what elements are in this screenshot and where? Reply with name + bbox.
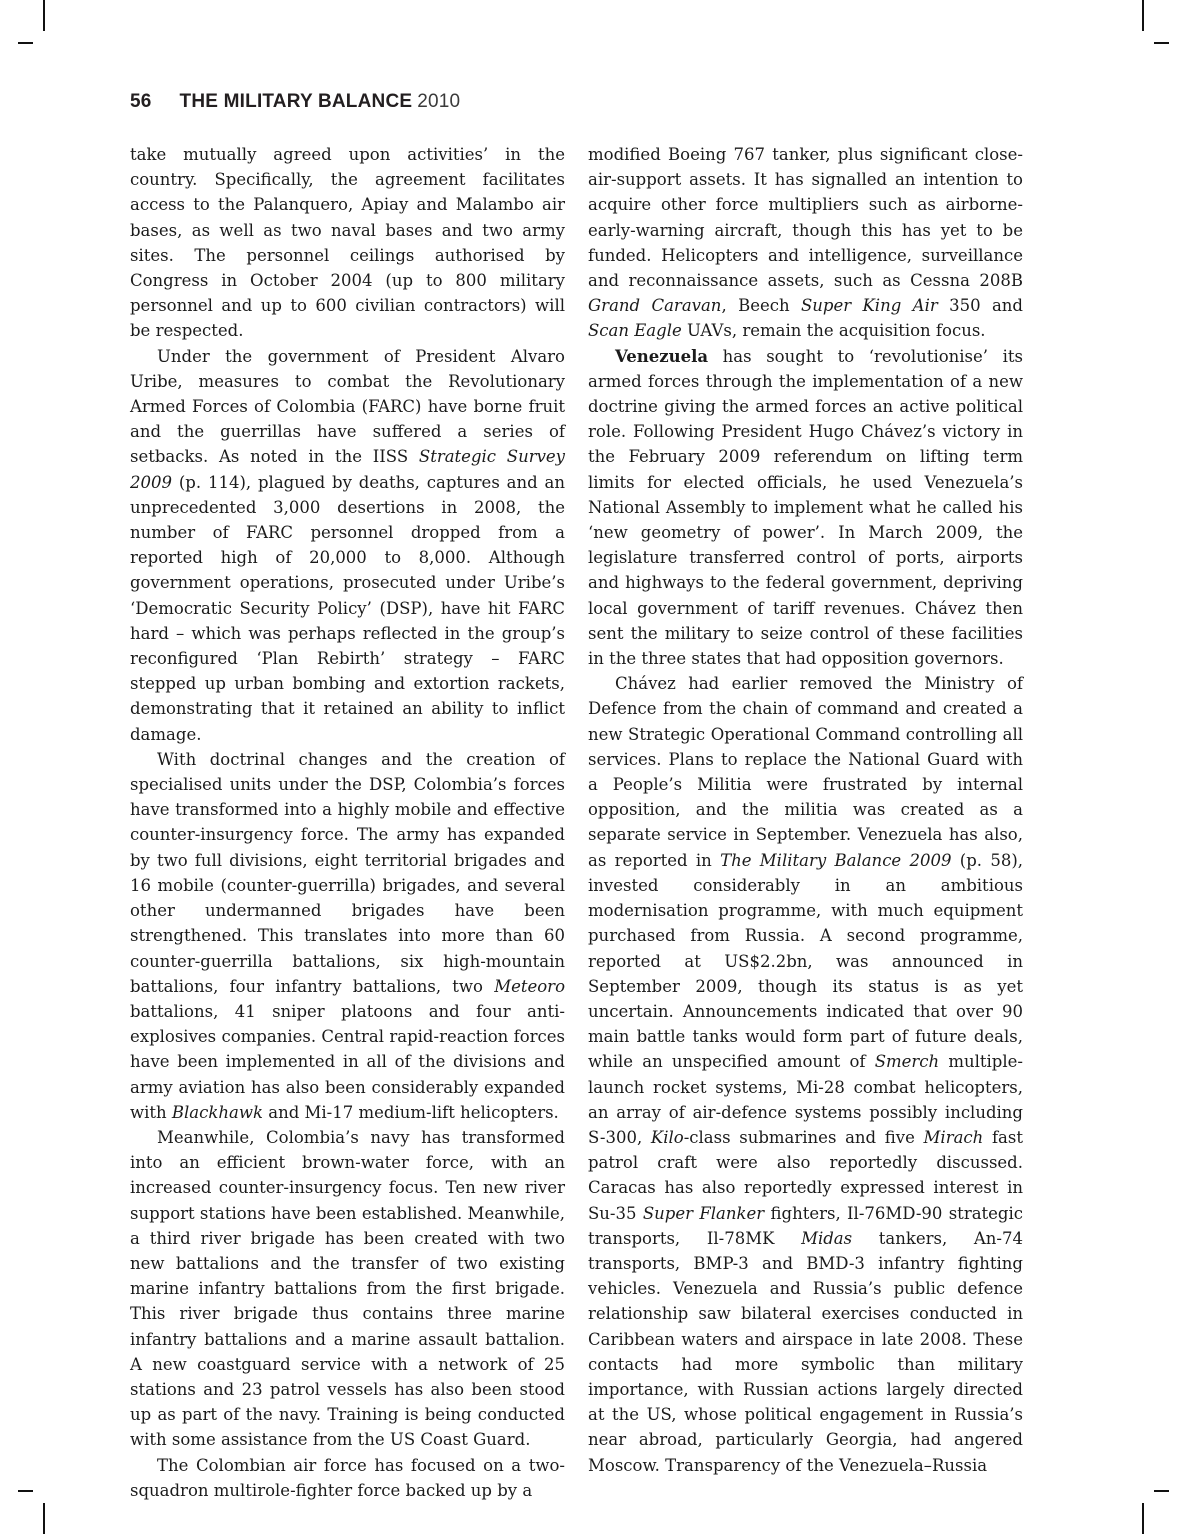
text-segment: Scan Eagle — [588, 321, 682, 340]
running-header: 56THE MILITARY BALANCE2010 — [130, 91, 460, 113]
text-segment: Meteoro — [494, 977, 565, 996]
crop-mark-bottom-right-vertical — [1142, 1503, 1144, 1534]
book-year: 2010 — [417, 91, 460, 112]
crop-mark-top-right-vertical — [1142, 0, 1144, 31]
text-segment: Super Flanker — [643, 1204, 764, 1223]
paragraph: Meanwhile, Colombia’s navy has transform… — [130, 1125, 565, 1453]
crop-mark-bottom-left-vertical — [43, 1503, 45, 1534]
crop-mark-top-left-vertical — [43, 0, 45, 31]
crop-mark-top-left-horizontal — [18, 42, 33, 44]
text-segment: -class submarines and five — [684, 1128, 924, 1147]
text-segment: Chávez had earlier removed the Ministry … — [588, 674, 1023, 869]
text-body: take mutually agreed upon activities’ in… — [130, 142, 1023, 1503]
page-number: 56 — [130, 91, 152, 113]
paragraph: take mutually agreed upon activities’ in… — [130, 142, 565, 344]
text-segment: Super King Air — [801, 296, 938, 315]
text-segment: The Colombian air force has focused on a… — [130, 1456, 565, 1500]
text-segment: Smerch — [875, 1052, 939, 1071]
text-segment: UAVs, remain the acquisition focus. — [682, 321, 986, 340]
text-segment: The Military Balance 2009 — [720, 851, 951, 870]
text-segment: Grand Caravan — [588, 296, 721, 315]
text-segment: , Beech — [721, 296, 801, 315]
text-segment: Venezuela — [615, 347, 708, 366]
text-segment: (p. 58), invested considerably in an amb… — [588, 851, 1023, 1072]
text-segment: modified Boeing 767 tanker, plus signifi… — [588, 145, 1023, 290]
column-right: modified Boeing 767 tanker, plus signifi… — [588, 142, 1023, 1503]
text-segment: and Mi-17 medium-lift helicopters. — [263, 1103, 559, 1122]
crop-mark-bottom-right-horizontal — [1154, 1490, 1169, 1492]
text-segment: Blackhawk — [172, 1103, 263, 1122]
text-segment: take mutually agreed upon activities’ in… — [130, 145, 565, 340]
paragraph: With doctrinal changes and the creation … — [130, 747, 565, 1125]
text-segment: Meanwhile, Colombia’s navy has transform… — [130, 1128, 565, 1449]
book-page: 56THE MILITARY BALANCE2010 take mutually… — [0, 0, 1186, 1534]
text-segment: Mirach — [924, 1128, 984, 1147]
paragraph: Under the government of President Alvaro… — [130, 344, 565, 747]
text-segment: tankers, An-74 transports, BMP-3 and BMD… — [588, 1229, 1023, 1475]
text-segment: Kilo — [651, 1128, 684, 1147]
text-segment: (p. 114), plagued by deaths, captures an… — [130, 473, 565, 744]
crop-mark-bottom-left-horizontal — [18, 1490, 33, 1492]
text-segment: With doctrinal changes and the creation … — [130, 750, 565, 996]
crop-mark-top-right-horizontal — [1154, 42, 1169, 44]
book-title: THE MILITARY BALANCE — [180, 91, 413, 112]
column-left: take mutually agreed upon activities’ in… — [130, 142, 565, 1503]
text-segment: Midas — [801, 1229, 852, 1248]
text-segment: has sought to ‘revolutionise’ its armed … — [588, 347, 1023, 668]
paragraph: modified Boeing 767 tanker, plus signifi… — [588, 142, 1023, 344]
paragraph: Venezuela has sought to ‘revolutionise’ … — [588, 344, 1023, 672]
paragraph: Chávez had earlier removed the Ministry … — [588, 671, 1023, 1478]
text-segment: 350 and — [938, 296, 1023, 315]
paragraph: The Colombian air force has focused on a… — [130, 1453, 565, 1503]
